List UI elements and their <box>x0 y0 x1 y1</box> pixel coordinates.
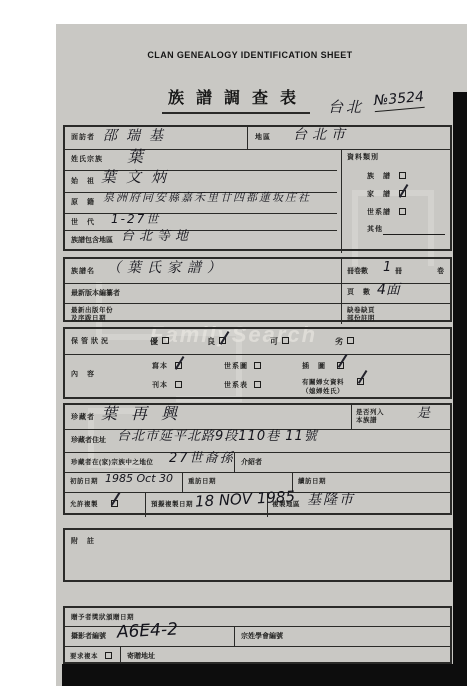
content-option-note: （媳婦姓氏） <box>302 388 344 396</box>
clan-label: 姓氏宗族 <box>71 156 103 164</box>
first-visit-label: 初訪日期 <box>70 478 98 486</box>
photographer-number-value: A6E4-2 <box>117 621 179 642</box>
volumes-unit2: 卷 <box>437 268 445 276</box>
content-option-label: 世系表 <box>224 382 248 390</box>
generations-label: 世 代 <box>71 219 95 227</box>
admin-table: 贈予者獎狀頒贈日期 攝影者編號 A6E4-2 宗姓學會編號 要求複本 寄贈地址 <box>63 606 452 664</box>
volumes-label: 冊卷數 <box>347 268 368 276</box>
area-label: 地區 <box>255 134 271 142</box>
condition-checkbox-fair <box>282 337 289 344</box>
region-handwritten: 台北 <box>328 100 364 116</box>
interviewer-label: 面訪者 <box>71 134 95 142</box>
area-value: 台北市 <box>293 128 350 143</box>
photographer-number-label: 攝影者編號 <box>71 633 106 641</box>
scan-edge-bottom <box>62 664 455 686</box>
copy-place-label: 複製地區 <box>272 501 300 509</box>
scan-edge-right <box>453 92 467 686</box>
category-option-label: 家 譜 <box>367 191 391 199</box>
header-english: CLAN GENEALOGY IDENTIFICATION SHEET <box>110 50 390 60</box>
holder-position-value: 27世裔孫 <box>169 452 235 466</box>
content-option-label: 寫本 <box>152 363 168 371</box>
content-option-label: 世系圖 <box>224 363 248 371</box>
request-copy-label: 要求複本 <box>70 653 98 661</box>
condition-option-label: 良 <box>207 338 216 346</box>
listed-in-genealogy-label: 是否列入 本族譜 <box>356 409 384 424</box>
category-other-label: 其他 <box>367 226 383 234</box>
holder-address-value: 台北市延平北路9段110巷 11號 <box>117 430 318 444</box>
origin-value: 泉洲府同安縣嘉禾里廿四都蓮坂庄社 <box>103 191 328 204</box>
holder-value: 葉再興 <box>101 406 191 423</box>
society-number-label: 宗姓學會編號 <box>241 633 283 641</box>
form-title: 族譜調查表 <box>162 85 310 114</box>
missing-pages-label: 缺卷缺頁 部份註明 <box>347 307 375 322</box>
category-checkbox-zupu <box>399 172 406 179</box>
condition-option-label: 劣 <box>335 338 344 346</box>
condition-option-label: 優 <box>150 338 159 346</box>
listed-in-genealogy-value: 是 <box>417 407 430 421</box>
content-option-label: 刊本 <box>152 382 168 390</box>
notes-label: 附 註 <box>71 538 95 546</box>
book-title-label: 族譜名 <box>71 268 95 276</box>
condition-table: 保管狀況 優 良 可 劣 內 容 寫本 世系圖 插 圖 刊本 世系表 有關婦女資… <box>63 327 452 399</box>
first-visit-value: 1985 Oct 30 <box>105 473 173 485</box>
introducer-label: 介紹者 <box>241 459 262 467</box>
scanned-genealogy-form: FamilySearch CLAN GENEALOGY IDENTIFICATI… <box>0 0 468 688</box>
generations-value: 1-27世 <box>111 213 160 226</box>
founder-value: 葉文炳 <box>101 170 176 186</box>
category-option-label: 世系譜 <box>367 209 391 217</box>
volumes-value: 1 <box>383 261 391 275</box>
content-checkbox-lineage-table <box>254 381 261 388</box>
condition-label: 保管狀況 <box>71 338 111 346</box>
category-label: 資料類別 <box>347 154 379 162</box>
donor-award-date-label: 贈予者獎狀頒贈日期 <box>71 614 134 622</box>
content-option-label: 插 圖 <box>302 363 326 371</box>
holder-position-label: 珍藏者在(家)宗族中之地位 <box>71 459 153 467</box>
pages-value: 4面 <box>377 283 400 298</box>
copy-place-value: 基隆市 <box>307 493 355 508</box>
revisit-label: 重訪日期 <box>188 478 216 486</box>
condition-option-label: 可 <box>270 338 279 346</box>
volumes-unit: 冊 <box>395 268 403 276</box>
origin-label: 原 籍 <box>71 199 95 207</box>
holder-table: 珍藏者 葉再興 是否列入 本族譜 是 珍藏者住址 台北市延平北路9段110巷 1… <box>63 403 452 515</box>
founder-label: 始 祖 <box>71 178 95 186</box>
coverage-value: 台北等地 <box>121 230 193 244</box>
book-table: 族譜名 （葉氏家譜） 冊卷數 1 冊 卷 最新版本編纂者 頁 數 4面 最新出版… <box>63 257 452 322</box>
mailing-address-label: 寄贈地址 <box>127 653 155 661</box>
pubdate-label: 最新出版年份 及序跋日期 <box>71 307 113 322</box>
content-checkbox-lineage-chart <box>254 362 261 369</box>
copy-permission-label: 允許複製 <box>70 501 98 509</box>
condition-checkbox-poor <box>347 337 354 344</box>
content-option-label: 有關婦女資料 <box>302 379 344 387</box>
clan-value: 葉 <box>127 149 143 166</box>
book-title-value: （葉氏家譜） <box>107 261 227 276</box>
content-label: 內 容 <box>71 371 95 379</box>
coverage-label: 族譜包含地區 <box>71 237 113 245</box>
condition-checkbox-excellent <box>162 337 169 344</box>
interviewer-value: 邵瑞基 <box>103 129 172 144</box>
holder-address-label: 珍藏者住址 <box>71 437 106 445</box>
identity-table: 面訪者 邵瑞基 地區 台北市 姓氏宗族 葉 始 祖 葉文炳 原 籍 泉洲府同安縣… <box>63 125 452 251</box>
category-checkbox-shixipu <box>399 208 406 215</box>
request-copy-checkbox <box>105 652 112 659</box>
compiler-label: 最新版本編纂者 <box>71 290 120 298</box>
content-checkbox-printed <box>175 381 182 388</box>
followup-visit-label: 續訪日期 <box>298 478 326 486</box>
copy-date-label: 預擬複製日期 <box>151 501 193 509</box>
category-option-label: 族 譜 <box>367 173 391 181</box>
notes-table: 附 註 <box>63 528 452 582</box>
pages-label: 頁 數 <box>347 289 371 297</box>
other-blank-line <box>383 234 445 235</box>
holder-label: 珍藏者 <box>71 414 95 422</box>
